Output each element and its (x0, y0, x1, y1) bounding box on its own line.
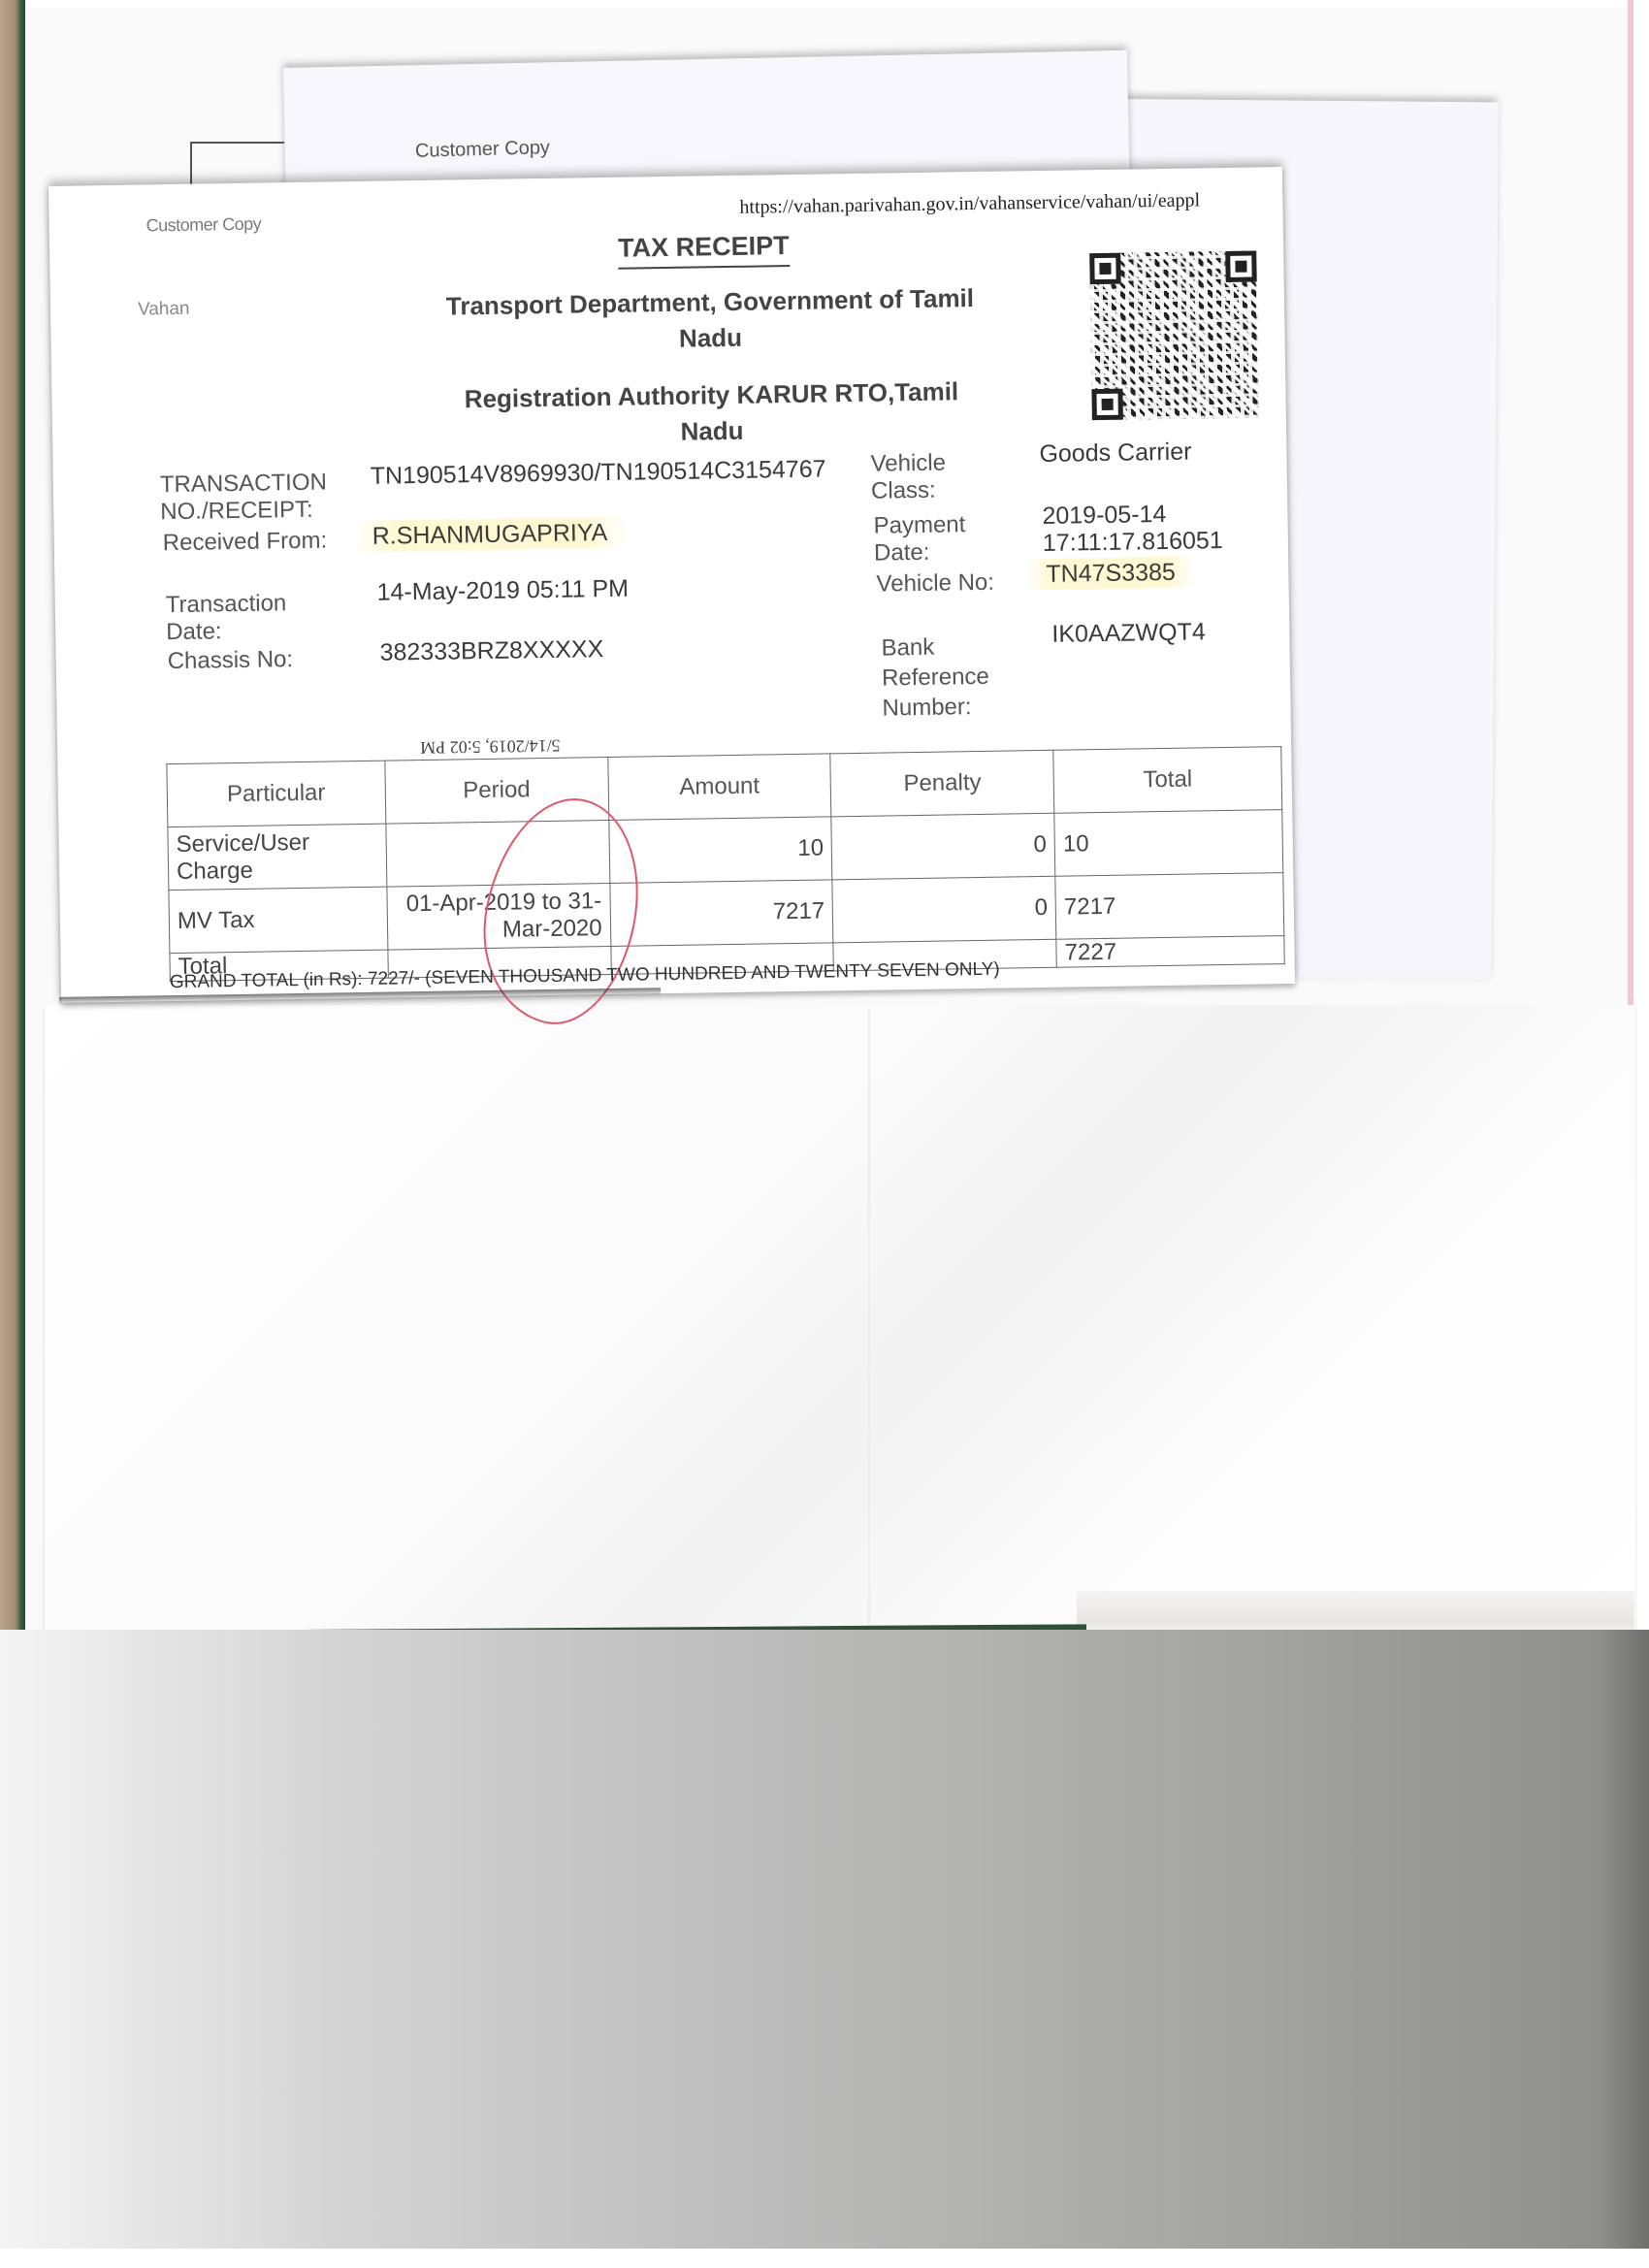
underlying-box-outline (190, 142, 284, 188)
scanner-background (0, 1630, 1649, 2251)
receipt-title: TAX RECEIPT (618, 231, 790, 270)
payment-date-label: Payment Date: (873, 511, 966, 567)
header-penalty: Penalty (830, 750, 1054, 817)
label-line: Transaction (166, 590, 287, 619)
received-from-label: Received From: (163, 528, 328, 558)
payment-time: 17:11:17.816051 (1043, 527, 1223, 557)
label-line: Bank (881, 632, 988, 664)
cell-penalty: 0 (832, 876, 1056, 943)
cell-total: 7227 (1056, 936, 1284, 968)
label-line: Payment (873, 511, 965, 539)
cell-total: 10 (1054, 810, 1283, 877)
qr-finder-icon (1089, 253, 1120, 284)
cell-total: 7217 (1055, 873, 1284, 940)
payment-date-value: 2019-05-14 17:11:17.816051 (1042, 500, 1223, 557)
source-url: https://vahan.parivahan.gov.in/vahanserv… (739, 189, 1200, 218)
tax-receipt: Customer Copy https://vahan.parivahan.go… (48, 167, 1295, 1003)
binder-spine (0, 0, 25, 1644)
paper-fold-line (868, 1009, 870, 1630)
label-line: Vehicle (870, 450, 946, 478)
chassis-no-value: 382333BRZ8XXXXX (379, 635, 603, 667)
vehicle-no-label: Vehicle No: (876, 569, 994, 599)
middle-sheet-copy-label: Customer Copy (415, 137, 550, 163)
vahan-label: Vahan (138, 299, 190, 321)
label-line: Number: (882, 692, 989, 724)
fee-table: Particular Period Amount Penalty Total S… (166, 746, 1284, 982)
cell-amount: 10 (608, 817, 832, 884)
header-particular: Particular (167, 761, 386, 827)
label-line: Class: (871, 477, 947, 505)
label-line: Date: (874, 538, 966, 567)
cell-particular: Service/User Charge (168, 824, 387, 891)
customer-copy-label: Customer Copy (145, 214, 261, 237)
transaction-no-label: TRANSACTION NO./RECEIPT: (160, 470, 328, 527)
vehicle-class-label: Vehicle Class: (870, 450, 946, 505)
printed-timestamp-inverted: 5/14/2019, 5:02 PM (420, 735, 561, 758)
cell-penalty: 0 (831, 813, 1055, 880)
scan-margin (0, 2249, 1649, 2268)
label-line: NO./RECEIPT: (160, 497, 327, 527)
transaction-no-value: TN190514V8969930/TN190514C3154767 (371, 455, 826, 490)
bank-reference-label: Bank Reference Number: (881, 632, 989, 724)
bank-reference-value: IK0AAZWQT4 (1051, 618, 1206, 648)
payment-date: 2019-05-14 (1042, 500, 1222, 530)
highlighted-vehicle-no: TN47S3385 (1026, 556, 1195, 590)
vehicle-no-value: TN47S3385 (1046, 558, 1195, 588)
cell-amount: 7217 (609, 880, 833, 947)
highlighted-name: R.SHANMUGAPRIYA (352, 517, 627, 552)
qr-code-icon (1089, 250, 1259, 420)
label-line: Date: (166, 617, 287, 646)
transaction-date-label: Transaction Date: (166, 590, 287, 646)
transaction-date-value: 14-May-2019 05:11 PM (376, 575, 629, 607)
qr-finder-icon (1225, 250, 1256, 281)
header-amount: Amount (607, 754, 831, 821)
label-line: TRANSACTION (160, 470, 327, 500)
vehicle-class-value: Goods Carrier (1039, 438, 1191, 469)
chassis-no-label: Chassis No: (167, 646, 293, 675)
received-from-value: R.SHANMUGAPRIYA (372, 519, 627, 551)
qr-finder-icon (1091, 389, 1122, 420)
cell-particular: MV Tax (169, 887, 388, 954)
lower-folded-paper (45, 1005, 1635, 1636)
header-total: Total (1053, 747, 1282, 814)
label-line: Reference (882, 662, 989, 694)
